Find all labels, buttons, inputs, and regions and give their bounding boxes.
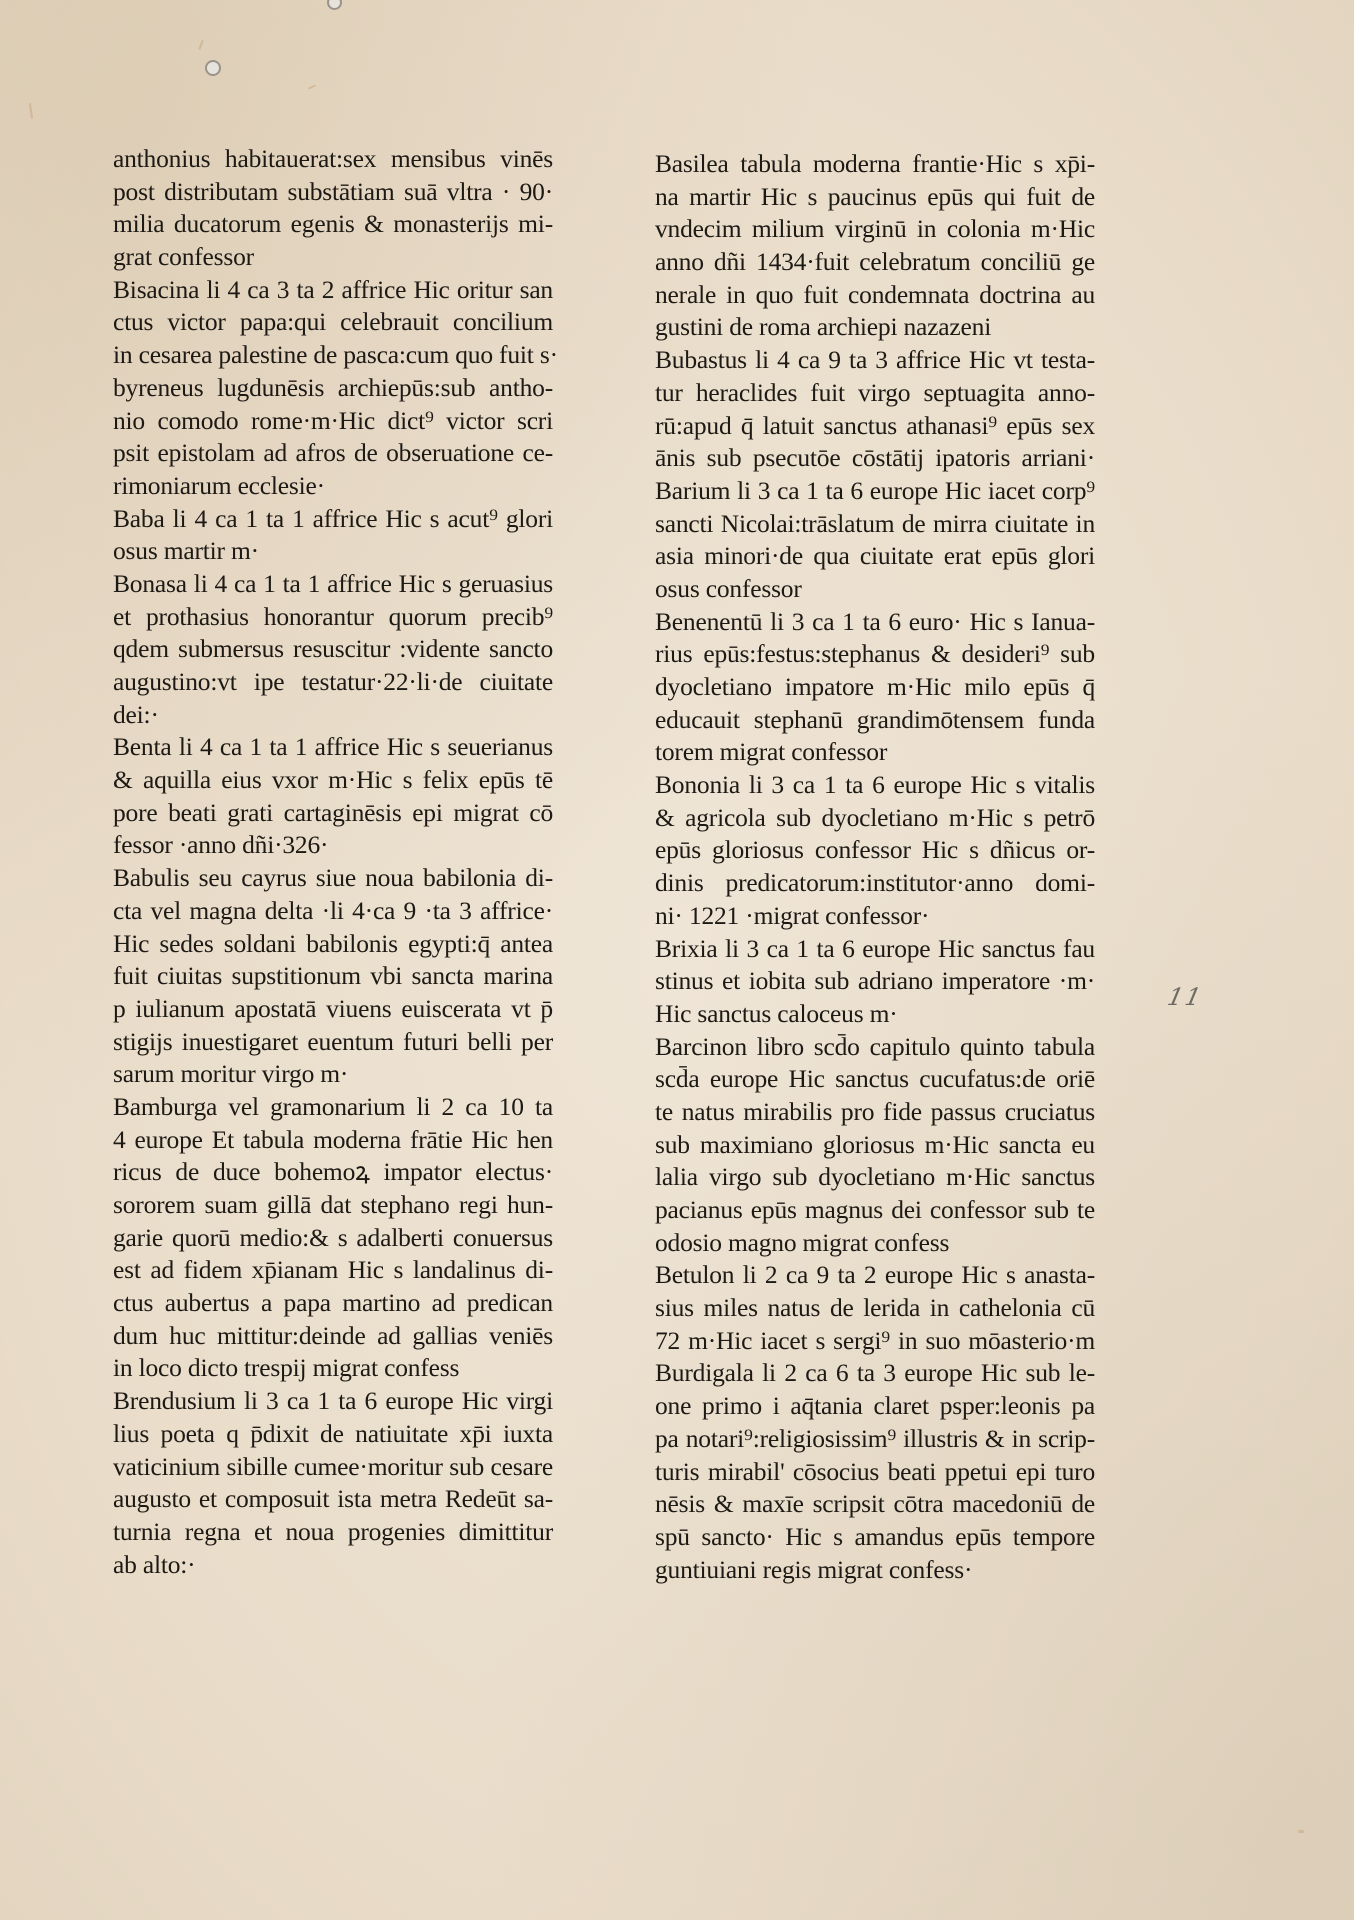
entry-benta: Benta li 4 ca 1 ta 1 affrice Hic s seuer… <box>113 731 553 862</box>
text-line: Bamburga vel gramonarium li 2 ca 10 ta <box>113 1091 553 1124</box>
paper-fiber <box>1298 1830 1304 1833</box>
text-line: augusto et composuit ista metra Redeūt s… <box>113 1483 553 1516</box>
text-line: fuit ciuitas supstitionum vbi sancta mar… <box>113 960 553 993</box>
text-line: turnia regna et noua progenies dimittitu… <box>113 1516 553 1549</box>
text-line: vaticinium sibille cumee·moritur sub ces… <box>113 1451 553 1484</box>
text-line: lius poeta q p̄dixit de natiuitate xp̄i … <box>113 1418 553 1451</box>
text-line: ricus de duce bohemoꝝ impator electus· <box>113 1156 553 1189</box>
text-line: 4 europe Et tabula moderna frātie Hic he… <box>113 1124 553 1157</box>
text-line: cta vel magna delta ·li 4·ca 9 ·ta 3 aff… <box>113 895 553 928</box>
text-line: garie quorū medio:& s adalberti conuersu… <box>113 1222 553 1255</box>
text-line: Benenentū li 3 ca 1 ta 6 euro· Hic s Ian… <box>655 606 1095 639</box>
text-line: Brixia li 3 ca 1 ta 6 europe Hic sanctus… <box>655 933 1095 966</box>
text-line: ni· 1221 ·migrat confessor· <box>655 900 1095 933</box>
text-line: gustini de roma archiepi nazazeni <box>655 311 1095 344</box>
text-line: sarum moritur virgo m· <box>113 1058 553 1091</box>
text-line: psit epistolam ad afros de obseruatione … <box>113 437 553 470</box>
text-line: Babulis seu cayrus siue noua babilonia d… <box>113 862 553 895</box>
text-line: odosio magno migrat confess <box>655 1227 1095 1260</box>
text-line: stigijs inuestigaret euentum futuri bell… <box>113 1026 553 1059</box>
entry-burdigala: Burdigala li 2 ca 6 ta 3 europe Hic sub … <box>655 1357 1095 1586</box>
text-line: dei:· <box>113 699 553 732</box>
text-line: vndecim milium virginū in colonia m·Hic <box>655 213 1095 246</box>
text-line: ctus victor papa:qui celebrauit conciliu… <box>113 306 553 339</box>
text-line: scd̄a europe Hic sanctus cucufatus:de or… <box>655 1063 1095 1096</box>
text-line: pa notari⁹:religiosissim⁹ illustris & in… <box>655 1423 1095 1456</box>
text-line: asia minori·de qua ciuitate erat epūs gl… <box>655 540 1095 573</box>
text-line: et prothasius honorantur quorum precib⁹ <box>113 601 553 634</box>
text-line: grat confessor <box>113 241 553 274</box>
text-line: spū sancto· Hic s amandus epūs tempore <box>655 1521 1095 1554</box>
paper-fiber <box>308 84 316 89</box>
entry-bubastus: Bubastus li 4 ca 9 ta 3 affrice Hic vt t… <box>655 344 1095 475</box>
text-line: nio comodo rome·m·Hic dict⁹ victor scri <box>113 405 553 438</box>
pencil-margin-annotation: 11 <box>1165 983 1205 1011</box>
text-line: educauit stephanū grandimōtensem funda <box>655 704 1095 737</box>
text-line: augustino:vt ipe testatur·22·li·de ciuit… <box>113 666 553 699</box>
entry-brendusium: Brendusium li 3 ca 1 ta 6 europe Hic vir… <box>113 1385 553 1581</box>
text-line: osus confessor <box>655 573 1095 606</box>
entry-bonasa: Bonasa li 4 ca 1 ta 1 affrice Hic s geru… <box>113 568 553 731</box>
text-line: 72 m·Hic iacet s sergi⁹ in suo mōasterio… <box>655 1325 1095 1358</box>
text-line: one primo i aq̄tania claret psper:leonis… <box>655 1390 1095 1423</box>
entry-betulon: Betulon li 2 ca 9 ta 2 europe Hic s anas… <box>655 1259 1095 1357</box>
text-line: Baba li 4 ca 1 ta 1 affrice Hic s acut⁹ … <box>113 503 553 536</box>
text-line: milia ducatorum egenis & monasterijs mi- <box>113 208 553 241</box>
text-line: Bonasa li 4 ca 1 ta 1 affrice Hic s geru… <box>113 568 553 601</box>
text-line: nēsis & maxīe scripsit cōtra macedoniū d… <box>655 1488 1095 1521</box>
entry-anthonius: anthonius habitauerat:sex mensibus vinēs… <box>113 143 553 274</box>
text-line: rius epūs:festus:stephanus & desideri⁹ s… <box>655 638 1095 671</box>
text-line: nerale in quo fuit condemnata doctrina a… <box>655 279 1095 312</box>
paper-fiber <box>29 103 33 119</box>
text-line: qdem submersus resuscitur :vidente sanct… <box>113 633 553 666</box>
text-line: fessor ·anno dñi·326· <box>113 829 553 862</box>
text-line: osus martir m· <box>113 535 553 568</box>
paper-hole <box>327 0 342 10</box>
text-line: sancti Nicolai:trāslatum de mirra ciuita… <box>655 508 1095 541</box>
text-line: Barium li 3 ca 1 ta 6 europe Hic iacet c… <box>655 475 1095 508</box>
text-line: post distributam substātiam suā vltra · … <box>113 176 553 209</box>
text-line: p iulianum apostatā viuens euiscerata vt… <box>113 993 553 1026</box>
text-line: ab alto:· <box>113 1549 553 1582</box>
text-line: te natus mirabilis pro fide passus cruci… <box>655 1096 1095 1129</box>
text-line: sub maximiano gloriosus m·Hic sancta eu <box>655 1129 1095 1162</box>
text-line: rimoniarum ecclesie· <box>113 470 553 503</box>
entry-bisacina: Bisacina li 4 ca 3 ta 2 affrice Hic orit… <box>113 274 553 503</box>
entry-barcinon: Barcinon libro scd̄o capitulo quinto tab… <box>655 1031 1095 1260</box>
text-line: epūs gloriosus confessor Hic s dñicus or… <box>655 834 1095 867</box>
text-line: Basilea tabula moderna frantie·Hic s xp̄… <box>655 148 1095 181</box>
text-line: pore beati grati cartaginēsis epi migrat… <box>113 797 553 830</box>
text-line: est ad fidem xp̄ianam Hic s landalinus d… <box>113 1254 553 1287</box>
text-line: turis mirabil' cōsocius beati ppetui epi… <box>655 1456 1095 1489</box>
entry-basilea: Basilea tabula moderna frantie·Hic s xp̄… <box>655 148 1095 344</box>
text-line: byreneus lugdunēsis archiepūs:sub antho- <box>113 372 553 405</box>
text-line: pacianus epūs magnus dei confessor sub t… <box>655 1194 1095 1227</box>
entry-bononia: Bononia li 3 ca 1 ta 6 europe Hic s vita… <box>655 769 1095 932</box>
text-line: ctus aubertus a papa martino ad predican <box>113 1287 553 1320</box>
text-line: dinis predicatorum:institutor·anno domi- <box>655 867 1095 900</box>
text-line: Brendusium li 3 ca 1 ta 6 europe Hic vir… <box>113 1385 553 1418</box>
text-line: Bubastus li 4 ca 9 ta 3 affrice Hic vt t… <box>655 344 1095 377</box>
text-line: Barcinon libro scd̄o capitulo quinto tab… <box>655 1031 1095 1064</box>
text-line: lalia virgo sub dyocletiano m·Hic sanctu… <box>655 1161 1095 1194</box>
entry-bamburga: Bamburga vel gramonarium li 2 ca 10 ta 4… <box>113 1091 553 1385</box>
text-line: rū:apud q̄ latuit sanctus athanasi⁹ epūs… <box>655 410 1095 443</box>
text-line: na martir Hic s paucinus epūs qui fuit d… <box>655 181 1095 214</box>
text-line: torem migrat confessor <box>655 736 1095 769</box>
text-line: Bononia li 3 ca 1 ta 6 europe Hic s vita… <box>655 769 1095 802</box>
text-line: stinus et iobita sub adriano imperatore … <box>655 965 1095 998</box>
left-text-column: anthonius habitauerat:sex mensibus vinēs… <box>113 143 553 1581</box>
entry-benenentum: Benenentū li 3 ca 1 ta 6 euro· Hic s Ian… <box>655 606 1095 769</box>
right-text-column: Basilea tabula moderna frantie·Hic s xp̄… <box>655 148 1095 1586</box>
paper-hole <box>205 60 221 76</box>
text-line: dum huc mittitur:deinde ad gallias veniē… <box>113 1320 553 1353</box>
text-line: Benta li 4 ca 1 ta 1 affrice Hic s seuer… <box>113 731 553 764</box>
text-line: in loco dicto trespij migrat confess <box>113 1352 553 1385</box>
entry-brixia: Brixia li 3 ca 1 ta 6 europe Hic sanctus… <box>655 933 1095 1031</box>
text-line: Hic sanctus caloceus m· <box>655 998 1095 1031</box>
text-line: ānis sub psecutōe cōstātij ipatoris arri… <box>655 442 1095 475</box>
text-line: Burdigala li 2 ca 6 ta 3 europe Hic sub … <box>655 1357 1095 1390</box>
text-line: sius miles natus de lerida in cathelonia… <box>655 1292 1095 1325</box>
entry-baba: Baba li 4 ca 1 ta 1 affrice Hic s acut⁹ … <box>113 503 553 568</box>
paper-fiber <box>198 40 203 50</box>
text-line: & agricola sub dyocletiano m·Hic s petrō <box>655 802 1095 835</box>
text-line: anthonius habitauerat:sex mensibus vinēs <box>113 143 553 176</box>
text-line: in cesarea palestine de pasca:cum quo fu… <box>113 339 553 372</box>
text-line: guntiuiani regis migrat confess· <box>655 1554 1095 1587</box>
text-line: Betulon li 2 ca 9 ta 2 europe Hic s anas… <box>655 1259 1095 1292</box>
aged-paper-page: anthonius habitauerat:sex mensibus vinēs… <box>0 0 1354 1920</box>
text-line: dyocletiano impatore m·Hic milo epūs q̄ <box>655 671 1095 704</box>
text-line: & aquilla eius vxor m·Hic s felix epūs t… <box>113 764 553 797</box>
text-line: tur heraclides fuit virgo septuagita ann… <box>655 377 1095 410</box>
text-line: Hic sedes soldani babilonis egypti:q̄ an… <box>113 928 553 961</box>
entry-babulis: Babulis seu cayrus siue noua babilonia d… <box>113 862 553 1091</box>
entry-barium: Barium li 3 ca 1 ta 6 europe Hic iacet c… <box>655 475 1095 606</box>
text-line: sororem suam gillā dat stephano regi hun… <box>113 1189 553 1222</box>
text-line: Bisacina li 4 ca 3 ta 2 affrice Hic orit… <box>113 274 553 307</box>
text-line: anno dñi 1434·fuit celebratum conciliū g… <box>655 246 1095 279</box>
